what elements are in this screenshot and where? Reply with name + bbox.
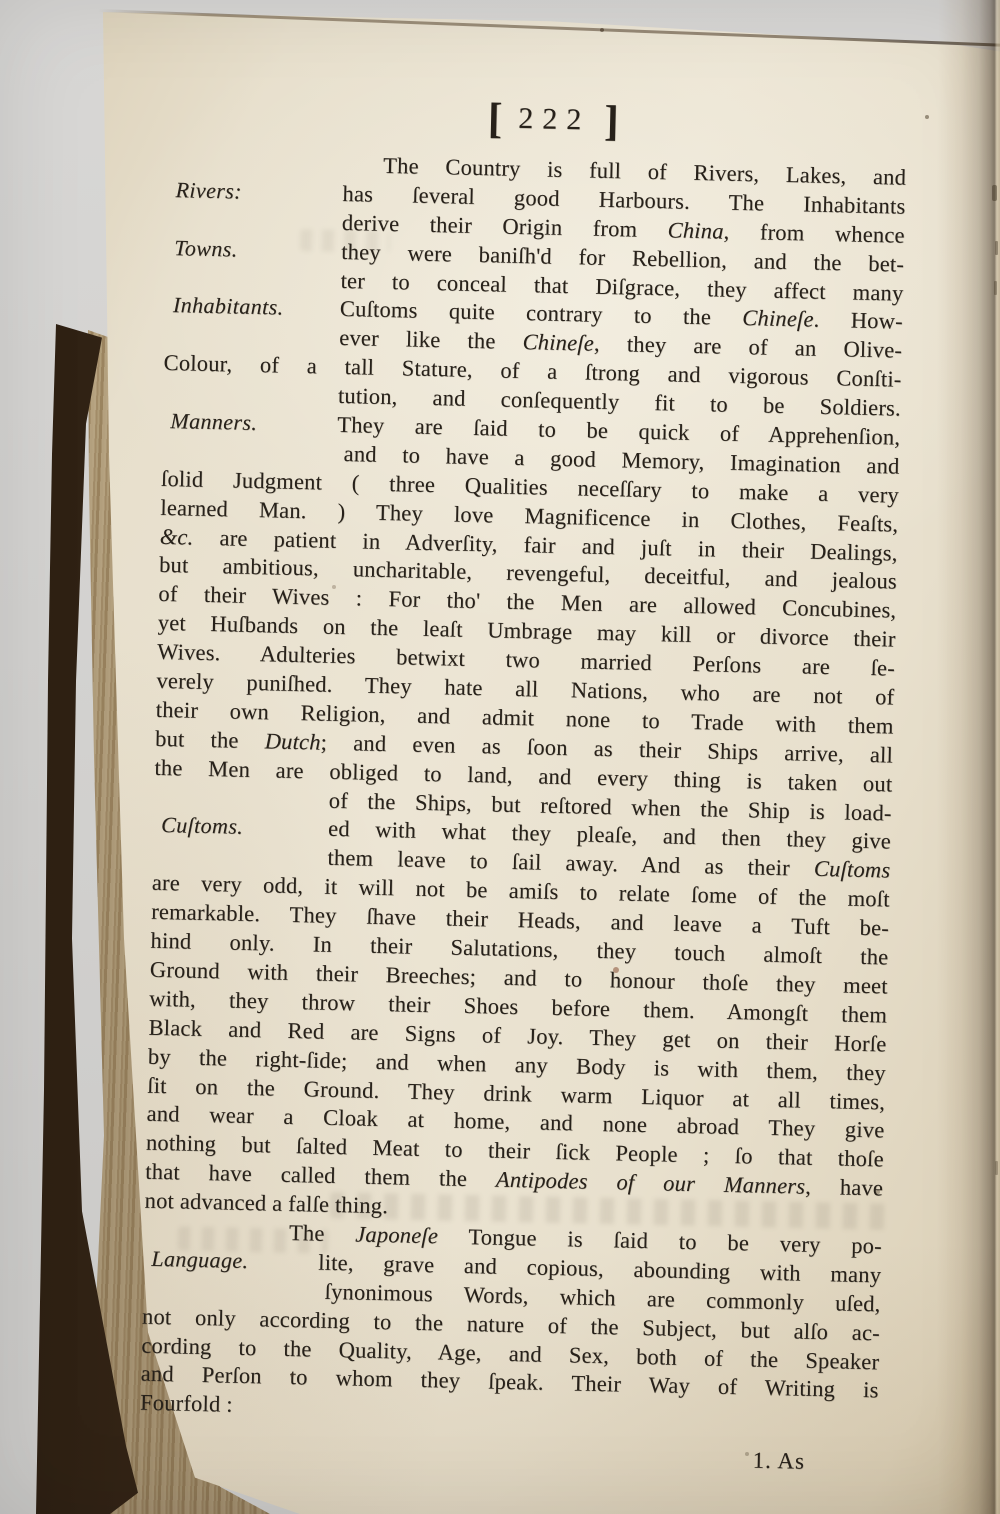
text-run: but the (155, 726, 265, 753)
text-run: ever like the (339, 325, 523, 354)
text-run: , from whence (723, 218, 905, 247)
text-run: , they are of an Olive- (594, 331, 903, 363)
italic-text: Antipodes of our Manners (496, 1167, 806, 1199)
text-block: [222] The Country is full of Rivers, Lak… (139, 85, 908, 1477)
close-bracket: ] (590, 98, 635, 146)
italic-text: China (667, 217, 724, 243)
margin-note: Manners. (170, 407, 258, 438)
text-run: that have called them the (145, 1159, 496, 1192)
margin-note: Language. (151, 1245, 249, 1276)
photo-frame: [222] The Country is full of Rivers, Lak… (0, 0, 1000, 1514)
text-lines: The Country is full of Rivers, Lakes, an… (140, 147, 907, 1435)
facing-page-sliver (992, 185, 997, 201)
text-run: derive their Origin from (342, 210, 668, 242)
text-run: The (289, 1220, 356, 1246)
text-run: Fourfold : (140, 1390, 233, 1417)
page-number: 222 (518, 102, 591, 137)
italic-text: Cuſtoms (814, 856, 891, 883)
text-run: , have (805, 1174, 883, 1201)
ink-specks (600, 28, 604, 32)
italic-text: Chineſe (522, 329, 594, 356)
margin-note: Cuſtoms. (161, 811, 244, 842)
text-run: . How- (813, 307, 903, 334)
italic-text: Dutch (264, 728, 321, 754)
margin-note: Rivers: (175, 176, 242, 206)
gutter-shadow (938, 0, 1000, 1514)
text-run: not advanced a falſe thing. (144, 1188, 388, 1219)
margin-note: Inhabitants. (173, 292, 284, 323)
italic-text: Japoneſe (355, 1221, 438, 1248)
margin-note: Towns. (174, 234, 238, 264)
italic-text: &c. (159, 523, 193, 549)
italic-text: Chineſe (742, 306, 814, 333)
open-bracket: [ (473, 95, 518, 143)
